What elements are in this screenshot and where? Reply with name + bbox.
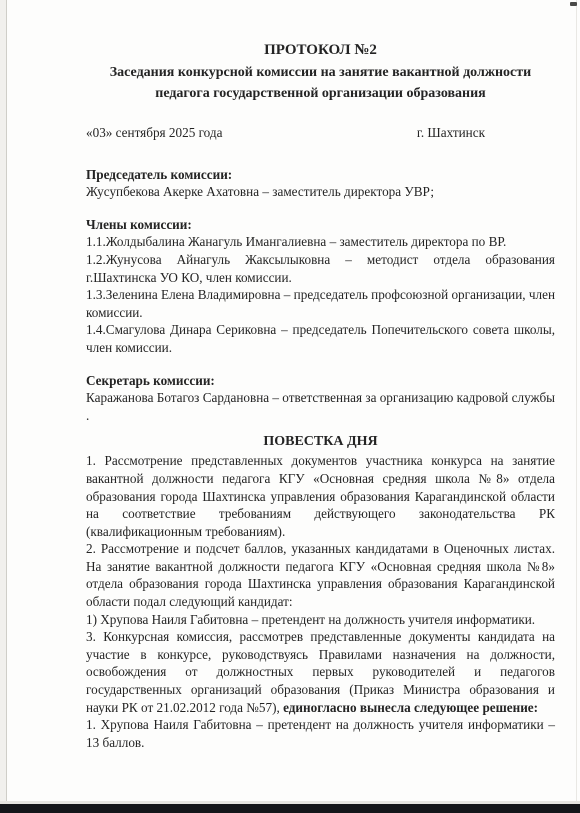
member-item-4: 1.4.Смагулова Динара Сериковна – председ… <box>86 321 555 356</box>
member-item-1: 1.1.Жолдыбалина Жанагуль Имангалиевна – … <box>86 233 555 251</box>
secretary-heading: Секретарь комиссии: <box>86 372 555 390</box>
document-city: г. Шахтинск <box>417 124 485 142</box>
chairman-text: Жусупбекова Акерке Ахатовна – заместител… <box>86 183 555 201</box>
scan-corner-speck <box>570 2 577 6</box>
document-date: «03» сентября 2025 года <box>86 124 222 142</box>
agenda-item-2: 2. Рассмотрение и подсчет баллов, указан… <box>86 540 555 610</box>
agenda-heading: ПОВЕСТКА ДНЯ <box>86 432 555 452</box>
document-subtitle-line-2: педагога государственной организации обр… <box>86 83 555 104</box>
chairman-heading: Председатель комиссии: <box>86 166 555 184</box>
agenda-item-3: 3. Конкурсная комиссия, рассмотрев предс… <box>86 628 555 716</box>
member-item-3: 1.3.Зеленина Елена Владимировна – предсе… <box>86 286 555 321</box>
agenda-decision-line: 1. Хрупова Наиля Габитовна – претендент … <box>86 716 555 751</box>
document-page: ПРОТОКОЛ №2 Заседания конкурсной комисси… <box>86 40 555 751</box>
agenda-item-1: 1. Рассмотрение представленных документо… <box>86 452 555 540</box>
document-title: ПРОТОКОЛ №2 <box>86 40 555 60</box>
agenda-item-3-decision-intro: единогласно вынесла следующее решение: <box>283 700 538 715</box>
document-subtitle: Заседания конкурсной комиссии на занятие… <box>86 62 555 104</box>
secretary-text: Каражанова Ботагоз Сардановна – ответств… <box>86 389 555 424</box>
scan-left-edge <box>0 0 7 804</box>
members-heading: Члены комиссии: <box>86 216 555 234</box>
date-place-line: «03» сентября 2025 года г. Шахтинск <box>86 124 555 142</box>
scan-right-edge <box>576 0 577 801</box>
member-item-2: 1.2.Жунусова Айнагуль Жаксылыковна – мет… <box>86 251 555 286</box>
scan-bottom-bar <box>0 804 580 813</box>
document-subtitle-line-1: Заседания конкурсной комиссии на занятие… <box>86 62 555 83</box>
agenda-candidate-line: 1) Хрупова Наиля Габитовна – претендент … <box>86 611 555 629</box>
